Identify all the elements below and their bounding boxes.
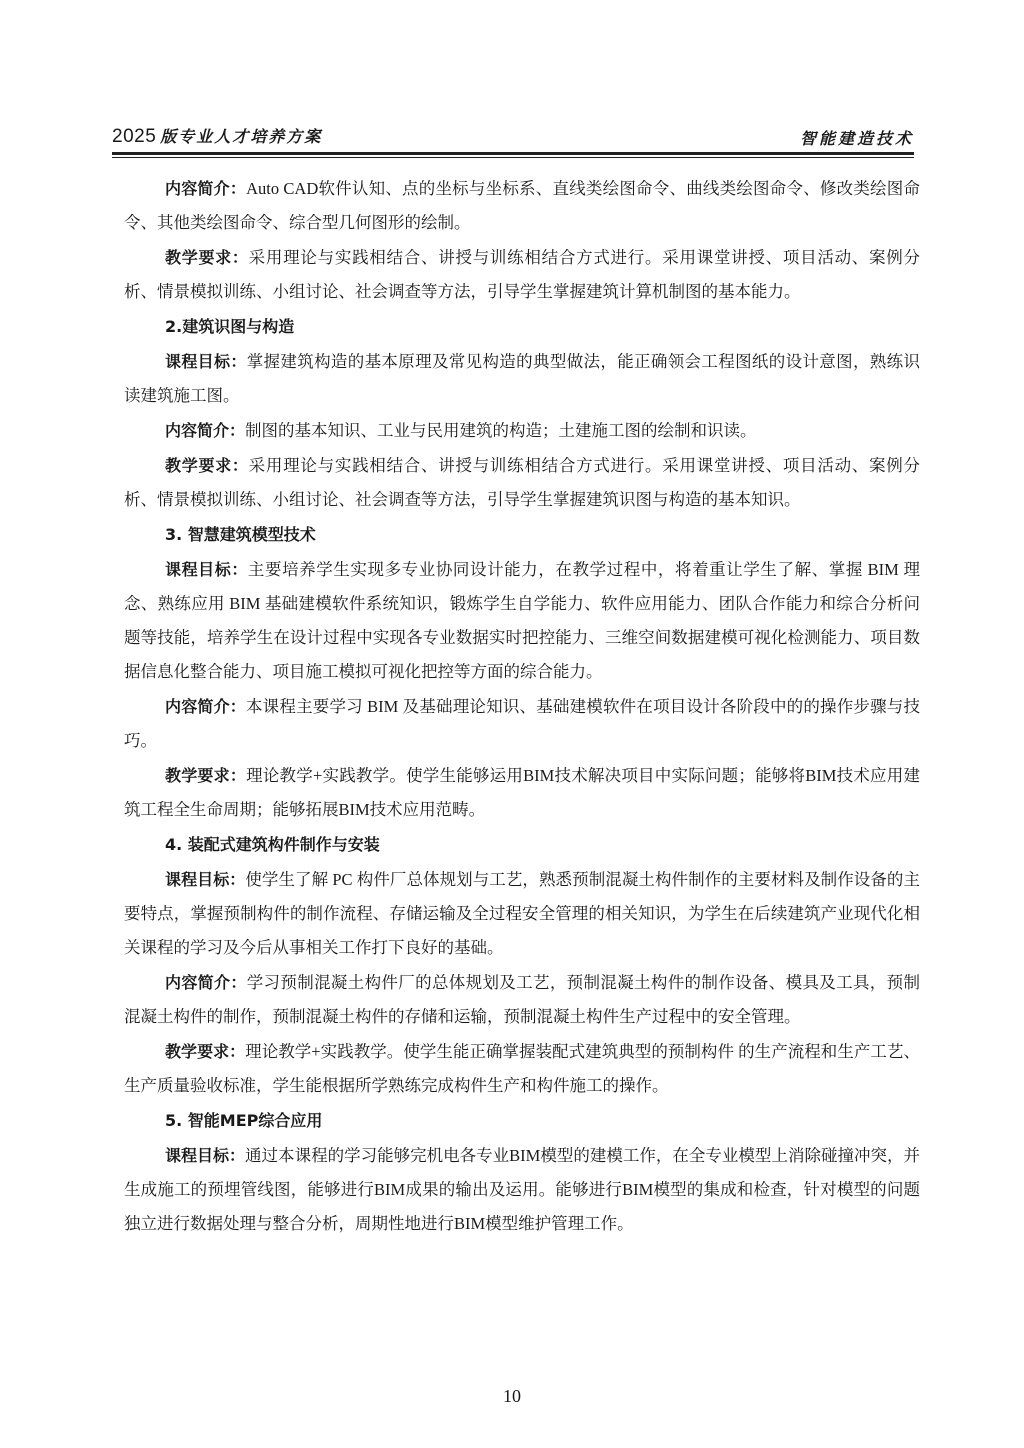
paragraph-teaching-requirements: 教学要求：采用理论与实践相结合、讲授与训练相结合方式进行。采用课堂讲授、项目活动… — [124, 449, 920, 517]
paragraph-teaching-requirements: 教学要求：理论教学+实践教学。使学生能够运用BIM技术解决项目中实际问题；能够将… — [124, 759, 920, 827]
section-heading: 2.建筑识图与构造 — [124, 310, 920, 344]
paragraph-content-summary: 内容简介：学习预制混凝土构件厂的总体规划及工艺，预制混凝土构件的制作设备、模具及… — [124, 966, 920, 1034]
header-rule-thick — [112, 152, 914, 155]
paragraph-label: 课程目标： — [165, 352, 247, 371]
paragraph-label: 教学要求： — [165, 1042, 245, 1061]
paragraph-label: 课程目标： — [165, 1146, 245, 1165]
header-document-title: 2025版专业人才培养方案 — [112, 124, 322, 148]
header-major: 智能建造技术 — [800, 126, 914, 149]
paragraph-label: 课程目标： — [165, 560, 248, 579]
paragraph-course-objective: 课程目标：主要培养学生实现多专业协同设计能力，在教学过程中，将着重让学生了解、掌… — [124, 553, 920, 689]
paragraph-content-summary: 内容简介：Auto CAD软件认知、点的坐标与坐标系、直线类绘图命令、曲线类绘图… — [124, 172, 920, 240]
paragraph-label: 教学要求： — [165, 766, 246, 785]
document-body: 内容简介：Auto CAD软件认知、点的坐标与坐标系、直线类绘图命令、曲线类绘图… — [124, 172, 920, 1242]
paragraph-course-objective: 课程目标：掌握建筑构造的基本原理及常见构造的典型做法，能正确领会工程图纸的设计意… — [124, 345, 920, 413]
paragraph-course-objective: 课程目标：使学生了解 PC 构件厂总体规划与工艺，熟悉预制混凝土构件制作的主要材… — [124, 863, 920, 965]
paragraph-content-summary: 内容简介：本课程主要学习 BIM 及基础理论知识、基础建模软件在项目设计各阶段中… — [124, 690, 920, 758]
page-header: 2025版专业人才培养方案 智能建造技术 — [112, 120, 914, 150]
section-heading: 4. 装配式建筑构件制作与安装 — [124, 828, 920, 862]
paragraph-label: 教学要求： — [165, 248, 249, 267]
header-year: 2025 — [112, 126, 156, 147]
paragraph-teaching-requirements: 教学要求：采用理论与实践相结合、讲授与训练相结合方式进行。采用课堂讲授、项目活动… — [124, 241, 920, 309]
page-number: 10 — [0, 1386, 1024, 1407]
paragraph-course-objective: 课程目标：通过本课程的学习能够完机电各专业BIM模型的建模工作，在全专业模型上消… — [124, 1139, 920, 1241]
paragraph-label: 课程目标： — [165, 870, 245, 889]
paragraph-text: 制图的基本知识、工业与民用建筑的构造；土建施工图的绘制和识读。 — [245, 421, 757, 440]
section-heading: 3. 智慧建筑模型技术 — [124, 518, 920, 552]
header-title: 版专业人才培养方案 — [160, 129, 322, 146]
paragraph-label: 内容简介： — [165, 179, 246, 198]
paragraph-teaching-requirements: 教学要求：理论教学+实践教学。使学生能正确掌握装配式建筑典型的预制构件 的生产流… — [124, 1035, 920, 1103]
paragraph-label: 内容简介： — [165, 421, 245, 440]
paragraph-content-summary: 内容简介：制图的基本知识、工业与民用建筑的构造；土建施工图的绘制和识读。 — [124, 414, 920, 448]
paragraph-label: 教学要求： — [165, 456, 249, 475]
paragraph-label: 内容简介： — [165, 697, 246, 716]
section-heading: 5. 智能MEP综合应用 — [124, 1104, 920, 1138]
header-rule-thin — [112, 157, 914, 158]
paragraph-label: 内容简介： — [165, 973, 247, 992]
